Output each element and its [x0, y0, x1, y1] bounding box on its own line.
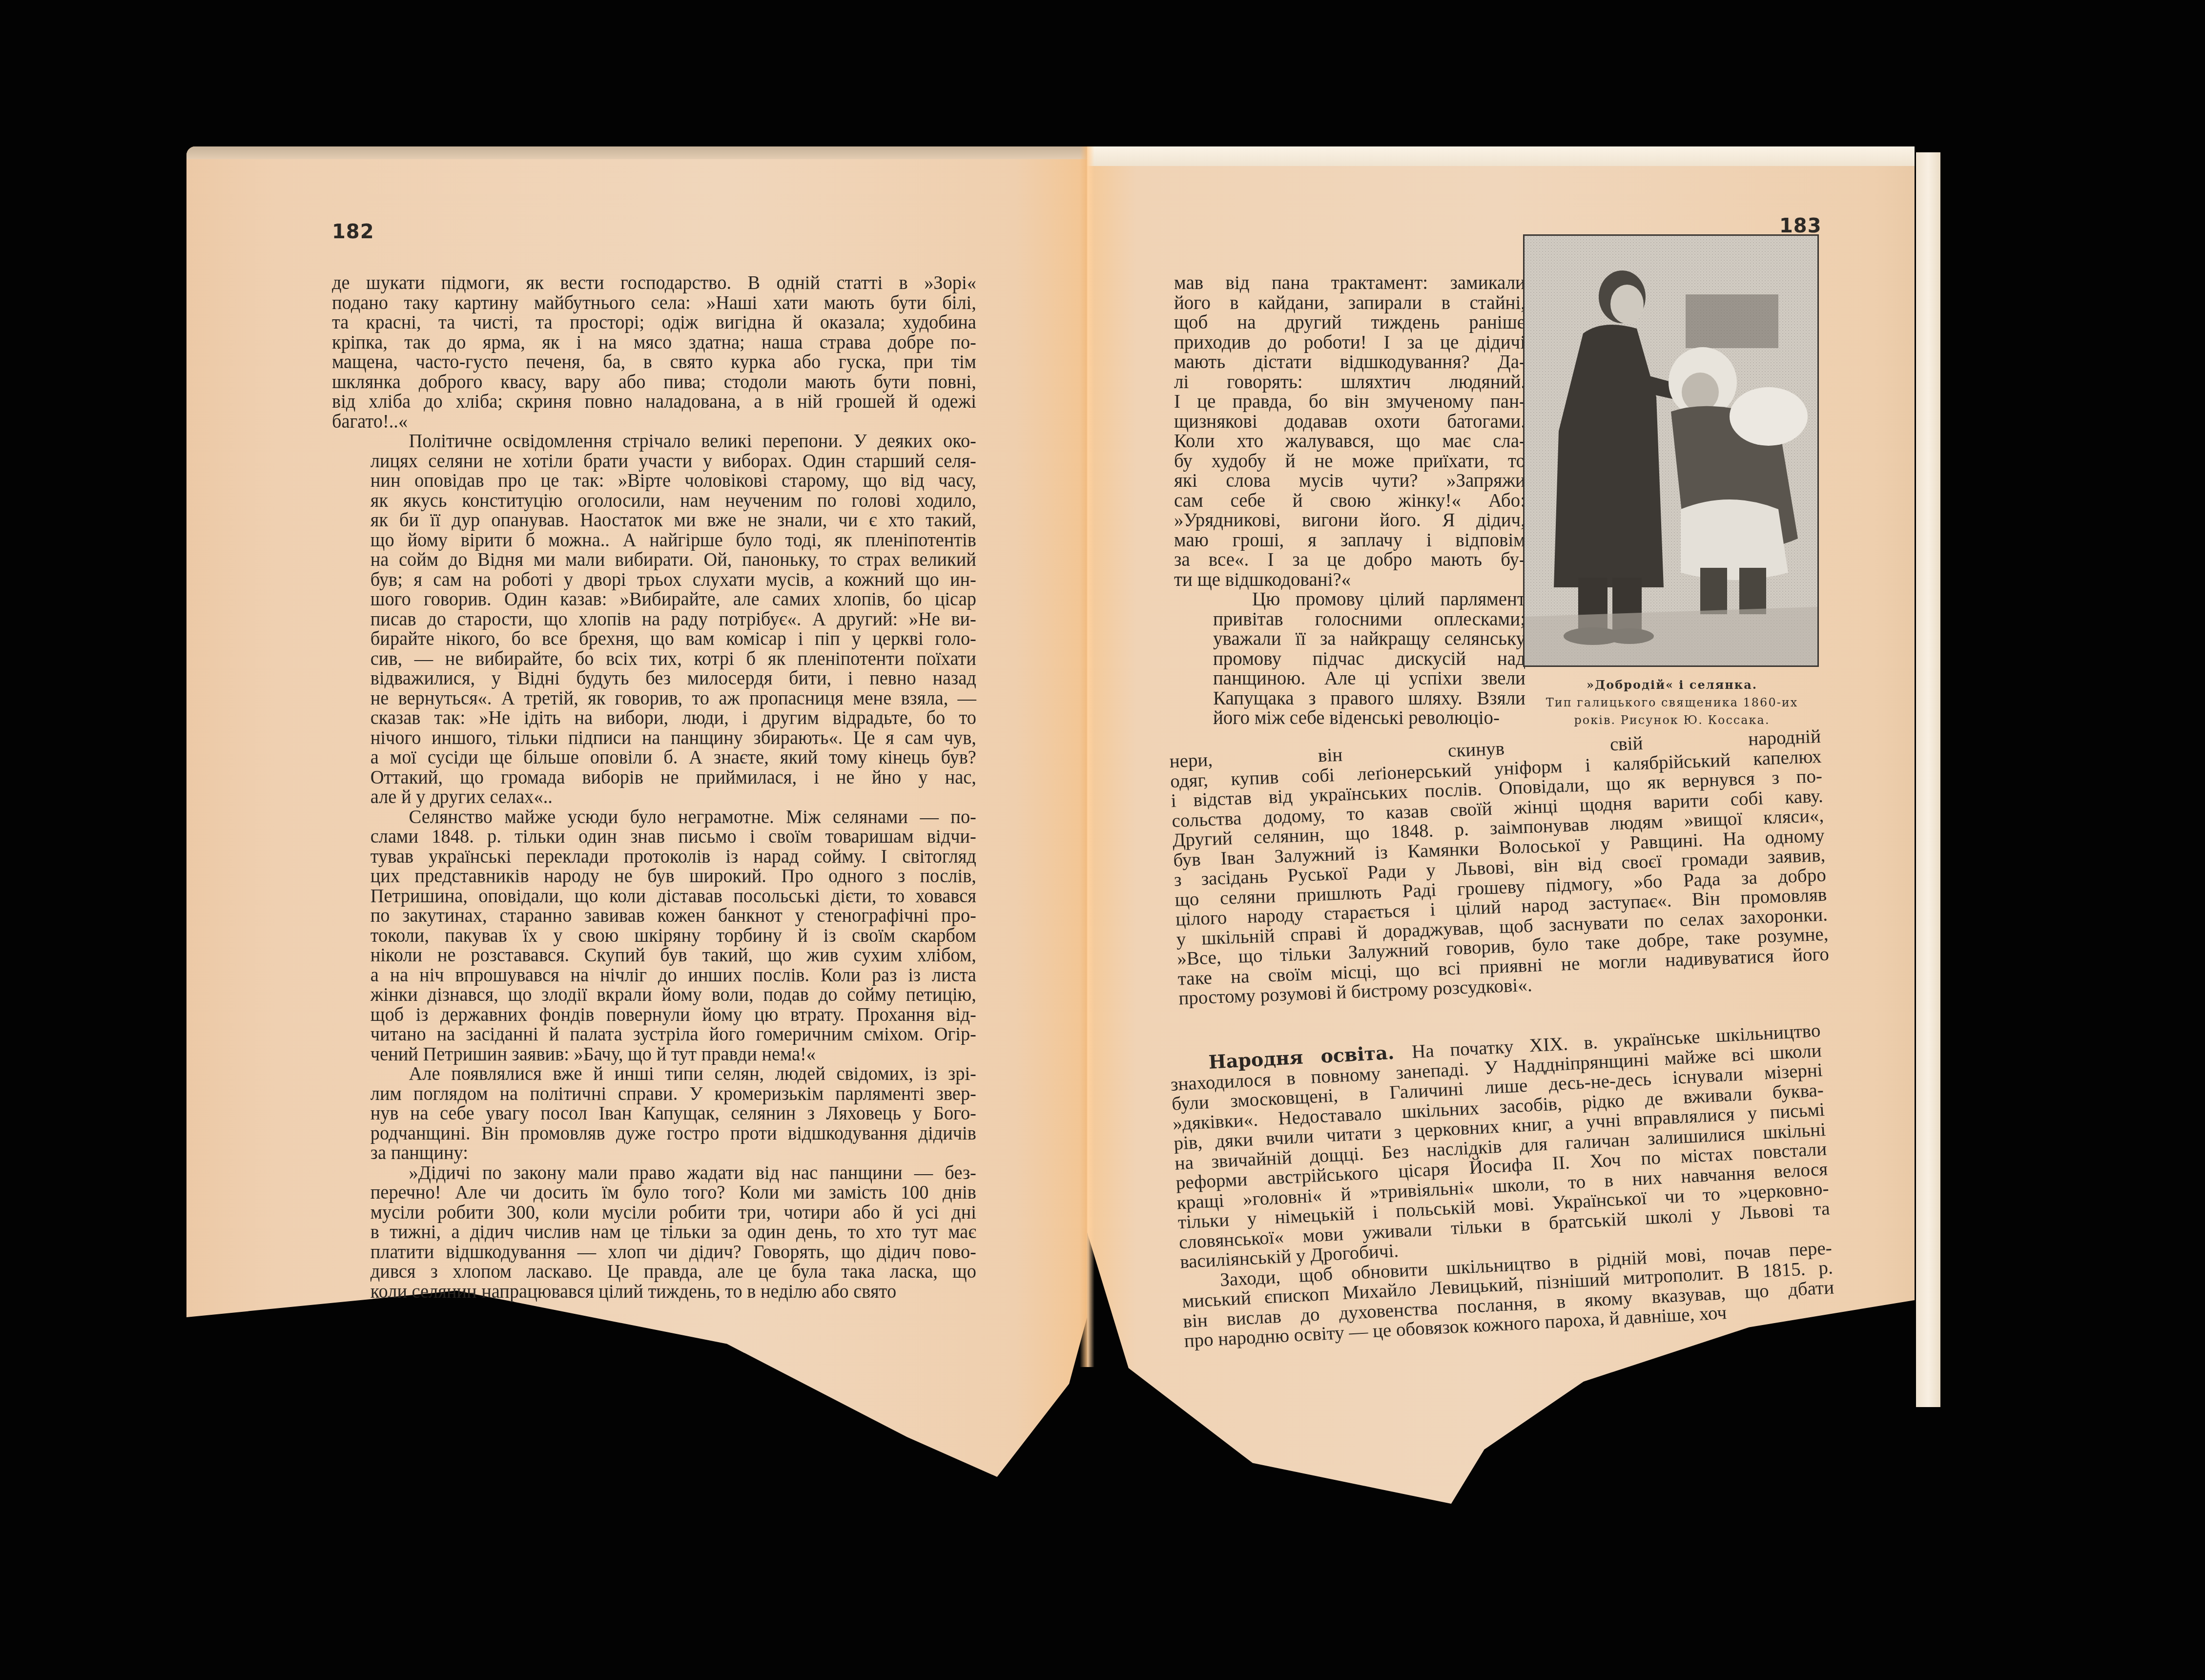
text-line: нув на себе увагу посол Іван Капущак, се… — [332, 1104, 976, 1124]
caption-line-2: років. Рисунок Ю. Коссака. — [1523, 711, 1821, 729]
text-line: подано таку картину майбутнього села: »Н… — [332, 293, 976, 313]
paragraph: Політичне освідомлення стрічало великі п… — [332, 432, 976, 808]
left-page-text: де шукати підмоги, як вести господарство… — [332, 273, 976, 1302]
text-line: бирайте нікого, бо все брехня, що вам ко… — [332, 629, 976, 649]
text-line: його в кайдани, запирали в стайні, — [1174, 293, 1525, 313]
text-line: шого говорив. Один казав: »Вибирайте, ал… — [332, 590, 976, 610]
text-line: сив, — не вибирайте, бо всіх тих, котрі … — [332, 649, 976, 669]
text-line: був; я сам на роботі у дворі трьох слуха… — [332, 570, 976, 590]
text-line: токоли, пакував їх у свою шкіряну торбин… — [332, 926, 976, 946]
text-line: перечно! Але чи досить їм було того? Кол… — [332, 1183, 976, 1203]
text-line: Цю промову цілий парлямент — [1174, 590, 1525, 610]
text-line: та красні, та чисті, та просторі; одіж в… — [332, 313, 976, 333]
text-line: сам себе й свою жінку!« Або: — [1174, 491, 1525, 511]
text-line: промову підчас дискусій над — [1174, 649, 1525, 669]
text-line: читано на засіданні й палата зустріла йо… — [332, 1025, 976, 1045]
text-line: його між себе віденські революціо- — [1174, 708, 1525, 728]
paragraph: нери, він скинув свій народнійодяг, купи… — [1169, 727, 1830, 1009]
illustration-image — [1523, 234, 1819, 667]
text-line: які слова мусів чути? »Запряжи — [1174, 471, 1525, 491]
right-page-column-text: мав від пана трактамент: замикалийого в … — [1174, 273, 1525, 728]
priest-and-peasant-woman-drawing — [1525, 236, 1817, 665]
text-line: родчанщині. Він промовляв дуже гостро пр… — [332, 1124, 976, 1144]
text-line: ти ще відшкодовані?« — [1174, 570, 1525, 590]
text-line: лицях селяни не хотіли брати участи у ви… — [332, 452, 976, 472]
right-page-full-width-text: нери, він скинув свій народнійодяг, купи… — [1169, 727, 1830, 1009]
text-line: бу худобу й не може приїхати, то — [1174, 452, 1525, 472]
text-line: »Дідичі по закону мали право жадати від … — [332, 1163, 976, 1183]
text-line: а мої сусіди ще більше оповіли б. А знає… — [332, 748, 976, 768]
text-line: від хліба до хліба; скриня повно наладов… — [332, 392, 976, 412]
text-line: панщиною. Але ці успіхи звели — [1174, 669, 1525, 689]
text-line: щоб на другий тиждень раніше — [1174, 313, 1525, 333]
text-line: в тижні, а дідич числив нам це тільки за… — [332, 1223, 976, 1243]
text-line: щизнякові додавав охоти батогами. — [1174, 412, 1525, 432]
text-line: де шукати підмоги, як вести господарство… — [332, 273, 976, 293]
illustration-figure: »Добродій« і селянка. Тип галицького свя… — [1523, 234, 1821, 767]
paragraph: де шукати підмоги, як вести господарство… — [332, 273, 976, 432]
illustration-caption: »Добродій« і селянка. Тип галицького свя… — [1523, 676, 1821, 729]
text-line: приходив до роботи! І за це дідичі — [1174, 333, 1525, 353]
page-number-left: 182 — [332, 221, 374, 243]
text-line: Але появлялися вже й инші типи селян, лю… — [332, 1064, 976, 1084]
text-line: слами 1848. р. тільки один знав письмо і… — [332, 827, 976, 847]
text-line: тував українські переклади протоколів із… — [332, 847, 976, 867]
text-line: на сойм до Відня ми мали вибирати. Ой, п… — [332, 550, 976, 570]
text-line: багато!..« — [332, 412, 976, 432]
page-fore-edge — [1916, 152, 1940, 1407]
text-line: а на ніч впрошувався на нічліг до инших … — [332, 966, 976, 986]
left-page-top-edge — [186, 146, 1087, 159]
text-line: мають дістати відшкодування? Да- — [1174, 353, 1525, 373]
text-line: мащена, часто-густо печеня, ба, в свято … — [332, 353, 976, 373]
text-line: за панщину: — [332, 1143, 976, 1163]
text-line: по закутинах, старанно завивав кожен бан… — [332, 906, 976, 926]
text-line: чений Петришин заявив: »Бачу, що й тут п… — [332, 1045, 976, 1065]
text-line: як якусь конституцію оголосили, нам неуч… — [332, 491, 976, 511]
text-line: за все«. І за це добро мають бу- — [1174, 550, 1525, 570]
text-line: кріпка, так до ярма, як і на мясо здатна… — [332, 333, 976, 353]
open-book: 182 183 де шукати підмоги, як вести госп… — [0, 0, 2205, 1680]
text-line: Селянство майже усюди було неграмотне. М… — [332, 808, 976, 828]
text-line: як би її дур опанував. Наостаток ми вже … — [332, 511, 976, 531]
right-page-top-edge — [1087, 146, 1915, 166]
text-line: відважилися, у Відні будуть без милосерд… — [332, 669, 976, 689]
text-line: шклянка доброго квасу, вару або пива; ст… — [332, 373, 976, 393]
paragraph: Селянство майже усюди було неграмотне. М… — [332, 808, 976, 1065]
text-line: нічого иншого, тільки підписи на панщину… — [332, 728, 976, 748]
text-line: Коли хто жалувався, що має сла- — [1174, 432, 1525, 452]
text-line: писав до старости, що хлопів на раду пот… — [332, 610, 976, 630]
paragraph: Цю промову цілий парляментпривітав голос… — [1174, 590, 1525, 728]
text-line: нин оповідав про це так: »Вірте чоловіко… — [332, 471, 976, 491]
text-line: І це правда, бо він змученому пан- — [1174, 392, 1525, 412]
text-line: сказав так: »Не ідіть на вибори, люди, і… — [332, 708, 976, 728]
section-narodnia-osvita: Народня освіта. На початку XIX. в. украї… — [1169, 1020, 1835, 1351]
caption-line-1: Тип галицького священика 1860-их — [1523, 694, 1821, 711]
text-line: привітав голосними оплесками; — [1174, 610, 1525, 630]
paragraph: мав від пана трактамент: замикалийого в … — [1174, 273, 1525, 590]
text-line: маю гроші, я заплачу і відповім — [1174, 531, 1525, 551]
text-line: »Урядникові, вигони його. Я дідич, — [1174, 511, 1525, 531]
text-line: але й у других селах«.. — [332, 788, 976, 808]
text-line: платити відшкодування — хлоп чи дідич? Г… — [332, 1243, 976, 1263]
text-line: Капущака з правого шляху. Взяли — [1174, 689, 1525, 709]
paragraph: Народня освіта. На початку XIX. в. украї… — [1169, 1020, 1832, 1272]
text-line: жінки дізнався, що злодії вкрали йому во… — [332, 985, 976, 1005]
text-line: дився з хлопом ласкаво. Це правда, але ц… — [332, 1262, 976, 1282]
text-line: мав від пана трактамент: замикали — [1174, 273, 1525, 293]
text-line: коли селянин напрацювався цілий тиждень,… — [332, 1282, 976, 1302]
text-line: цих представників народу не був широкий.… — [332, 867, 976, 887]
paragraph: Але появлялися вже й инші типи селян, лю… — [332, 1064, 976, 1163]
text-line: уважали її за найкращу селянську — [1174, 629, 1525, 649]
text-line: Політичне освідомлення стрічало великі п… — [332, 432, 976, 452]
book-gutter — [1080, 146, 1094, 1367]
text-line: не вернуться«. А третій, як говорив, то … — [332, 689, 976, 709]
paragraph: »Дідичі по закону мали право жадати від … — [332, 1163, 976, 1302]
text-line: Оттакий, що громада виборів не прийми­ла… — [332, 768, 976, 788]
text-line: мусіли робити 300, коли мусіли робити тр… — [332, 1203, 976, 1223]
text-line: що йому вірити б можна.. А найгірше було… — [332, 531, 976, 551]
text-line: лим поглядом на політичні справи. У кром… — [332, 1084, 976, 1104]
text-line: лі говорять: шляхтич людяний. — [1174, 373, 1525, 393]
text-line: ніколи не розставався. Скупий був такий,… — [332, 946, 976, 966]
caption-title: »Добродій« і селянка. — [1523, 676, 1821, 694]
text-line: щоб із державних фондів повернули йому ц… — [332, 1005, 976, 1025]
text-line: Петришина, оповідали, що коли діставав п… — [332, 887, 976, 907]
